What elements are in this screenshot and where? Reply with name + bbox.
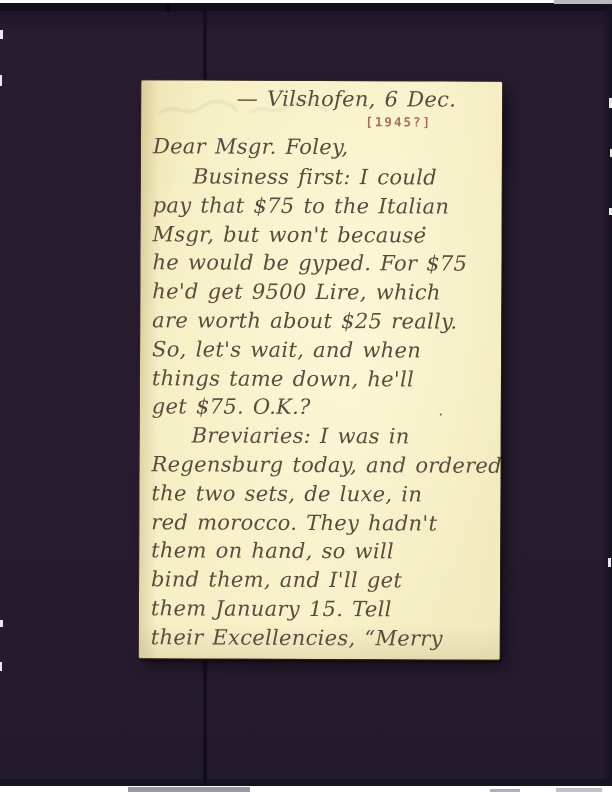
letter-line: are worth about $25 really. xyxy=(152,308,491,338)
letter-line: them on hand, so will xyxy=(151,539,490,569)
ink-bleed-artifact xyxy=(155,88,335,129)
letter-line: bind them, and I'll get xyxy=(151,567,490,597)
letter-line: Breviaries: I was in xyxy=(152,423,491,453)
letter-line: them January 15. Tell xyxy=(151,596,490,626)
scan-artifact xyxy=(608,558,611,567)
letter-line: So, let's wait, and when xyxy=(152,337,491,367)
scan-shadow-band xyxy=(0,3,612,11)
scan-artifact xyxy=(554,0,612,4)
scan-artifact xyxy=(0,30,3,39)
letter-salutation: Dear Msgr. Foley, xyxy=(153,134,492,165)
letter-line: pay that $75 to the Italian xyxy=(153,193,492,223)
letter-line: the two sets, de luxe, in xyxy=(151,481,490,511)
scan-artifact xyxy=(0,620,3,627)
letter-line: he'd get 9500 Lire, which xyxy=(152,279,491,309)
scan-shadow-band xyxy=(601,3,612,786)
scan-artifact xyxy=(423,226,426,229)
letter-line: things tame down, he'll xyxy=(152,366,491,396)
letter-line: Regensburg today, and ordered xyxy=(152,452,491,482)
scan-artifact xyxy=(0,662,2,671)
scan-artifact xyxy=(128,787,250,792)
letter-line: red morocco. They hadn't xyxy=(151,510,490,540)
scan-artifact xyxy=(556,788,602,792)
fold-seam xyxy=(166,3,171,12)
letter-line: he would be gyped. For $75 xyxy=(152,251,491,281)
letter-line: Msgr, but won't because xyxy=(153,222,492,252)
letter-page: — Vilshofen, 6 Dec. [1945?] Dear Msgr. F… xyxy=(139,80,503,660)
letter-line: get $75. O.K.? xyxy=(152,395,491,425)
scan-artifact xyxy=(0,75,2,86)
letter-line: Business first: I could xyxy=(153,164,492,194)
scan-artifact xyxy=(440,414,442,416)
scan-shadow-band xyxy=(0,779,612,786)
letter-line: their Excellencies, “Merry xyxy=(151,625,490,655)
